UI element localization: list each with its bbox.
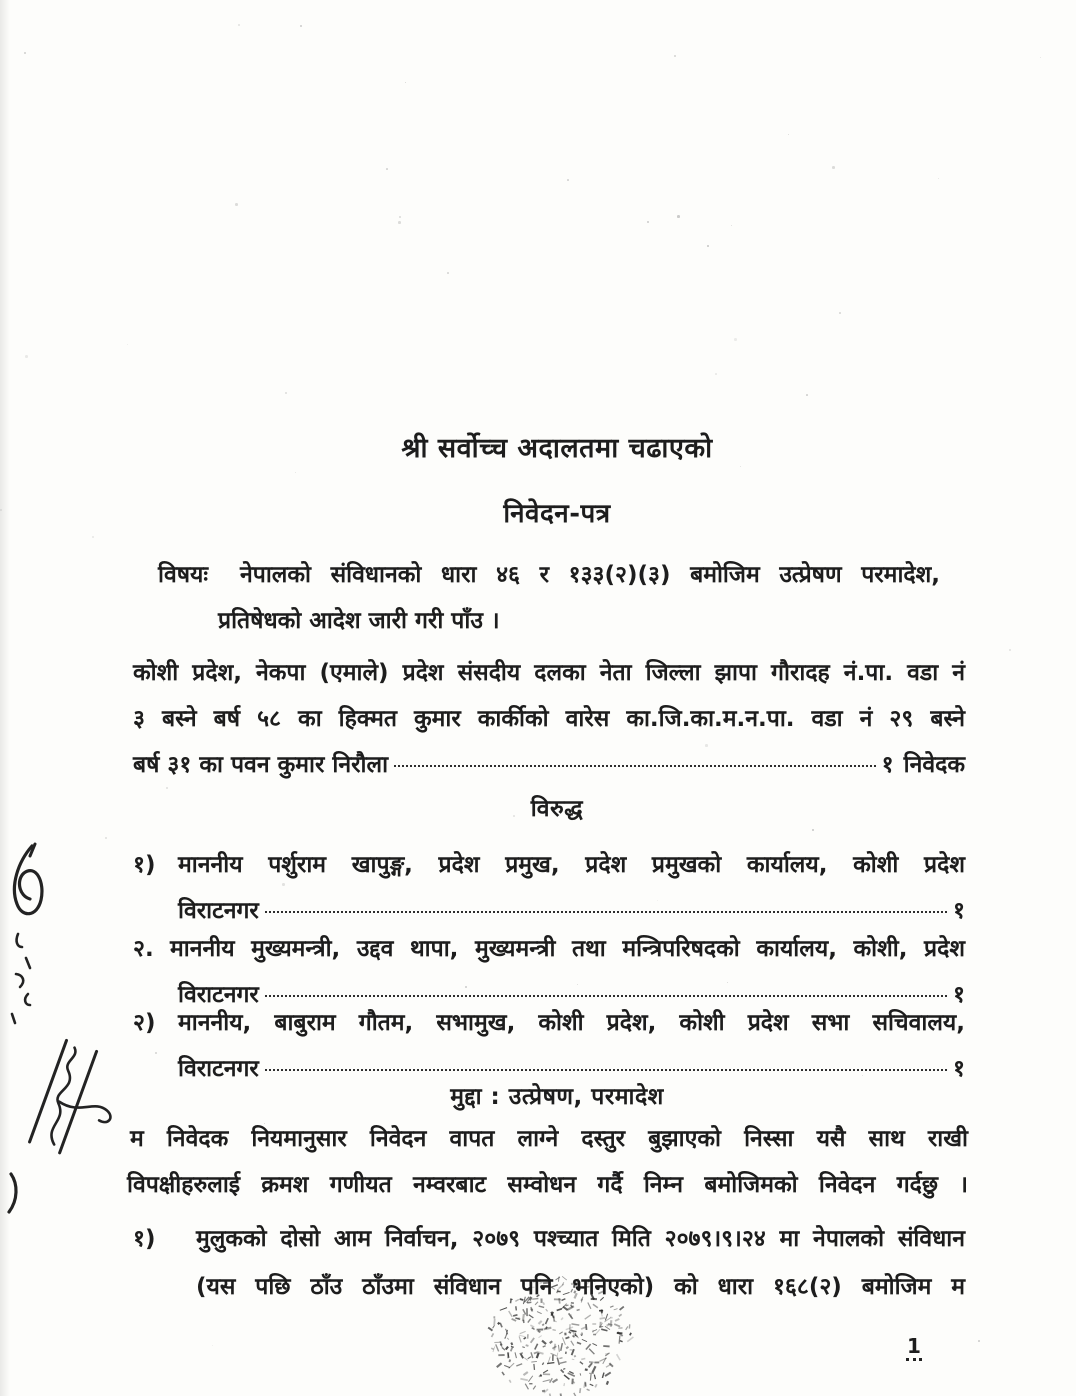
versus-heading: विरुद्ध [0,792,1076,826]
scan-noise-dot [238,24,240,26]
fingerprint-smudge [465,1272,655,1396]
scan-noise-dot [677,215,680,218]
declaration-line-2: विपक्षीहरुलाई क्रमश गणीयत नम्वरबाट सम्वो… [127,1168,968,1202]
handwritten-signature [2,842,120,1222]
scan-noise-dot [674,55,676,57]
scan-noise-dot [235,203,238,206]
scan-noise-dot [105,837,107,839]
respondent-number: १ [953,894,965,928]
scan-noise-dot [25,355,28,358]
dotted-leader [265,995,947,997]
scan-noise-dot [707,245,709,247]
petitioner-number: १ [882,748,894,782]
scan-noise-dot [715,373,717,375]
scan-noise-dot [127,344,128,345]
respondent-city: विराटनगर [178,894,259,928]
scan-noise-dot [938,178,939,179]
scan-noise-dot [832,166,835,169]
respondent-marker: २. [133,932,154,966]
scan-noise-dot [405,82,406,83]
scan-noise-dot [731,225,732,226]
respondent-marker: १) [133,848,155,882]
document-title: श्री सर्वोच्च अदालतमा चढाएको [0,428,1076,465]
case-heading: मुद्दा : उत्प्रेषण, परमादेश [0,1080,1076,1114]
respondent-address: विराटनगर १ [178,894,965,928]
respondent-line: माननीय, बाबुराम गौतम, सभामुख, कोशी प्रदे… [178,1006,965,1040]
scan-noise-dot [285,392,287,394]
scan-noise-dot [812,829,814,831]
subject-label: विषयः [158,558,208,592]
scan-noise-dot [1009,649,1011,651]
scan-noise-dot [155,1052,157,1054]
scan-noise-dot [447,272,449,274]
scan-noise-dot [282,883,285,886]
petitioner-name: बर्ष ३१ का पवन कुमार निरौला [133,748,388,782]
scan-noise-dot [295,472,296,473]
petitioner-role: निवेदक [904,748,965,782]
petitioner-line-3: बर्ष ३१ का पवन कुमार निरौला १ निवेदक [133,748,965,782]
subject-line-2: प्रतिषेधको आदेश जारी गरी पाँउ । [218,604,500,638]
scan-noise-dot [806,394,808,396]
subject-line-1: नेपालको संविधानको धारा ४६ र १३३(२)(३) बम… [240,558,940,592]
scan-noise-dot [300,25,302,27]
point-line-1: मुलुकको दोसो आम निर्वाचन, २०७९ पश्च्यात … [196,1222,965,1256]
scan-noise-dot [92,536,94,538]
scan-noise-dot [978,1340,980,1342]
scan-noise-dot [166,787,168,789]
petitioner-line-2: ३ बस्ने बर्ष ५८ का हिक्मत कुमार कार्कीको… [133,702,965,736]
scan-noise-dot [398,221,401,224]
scan-noise-dot [734,338,737,341]
dotted-leader [265,911,947,913]
petitioner-line-1: कोशी प्रदेश, नेकपा (एमाले) प्रदेश संसदीय… [133,656,965,690]
dotted-leader [394,765,876,767]
scan-noise-dot [839,312,841,314]
respondent-line: माननीय पर्शुराम खापुङ्ग, प्रदेश प्रमुख, … [178,848,965,882]
point-marker: १) [133,1222,155,1256]
scan-noise-dot [1040,57,1041,58]
scan-noise-dot [212,1345,213,1346]
scan-noise-dot [788,134,789,135]
page-number: 1 [906,1334,922,1361]
scan-noise-dot [399,216,401,218]
scan-noise-dot [740,466,741,467]
scan-noise-dot [567,179,569,181]
scan-noise-dot [386,168,388,170]
respondent-line: माननीय मुख्यमन्त्री, उद्दव थापा, मुख्यमन… [170,932,965,966]
dotted-leader [265,1069,947,1071]
scan-noise-dot [705,744,708,747]
scan-noise-dot [24,52,26,54]
declaration-line-1: म निवेदक नियमानुसार निवेदन वापत लाग्ने द… [130,1122,968,1156]
scanned-petition-document: श्री सर्वोच्च अदालतमा चढाएको निवेदन-पत्र… [0,0,1076,1396]
scan-noise-dot [647,221,649,223]
respondent-marker: २) [133,1006,155,1040]
document-subtitle: निवेदन-पत्र [0,494,1076,530]
